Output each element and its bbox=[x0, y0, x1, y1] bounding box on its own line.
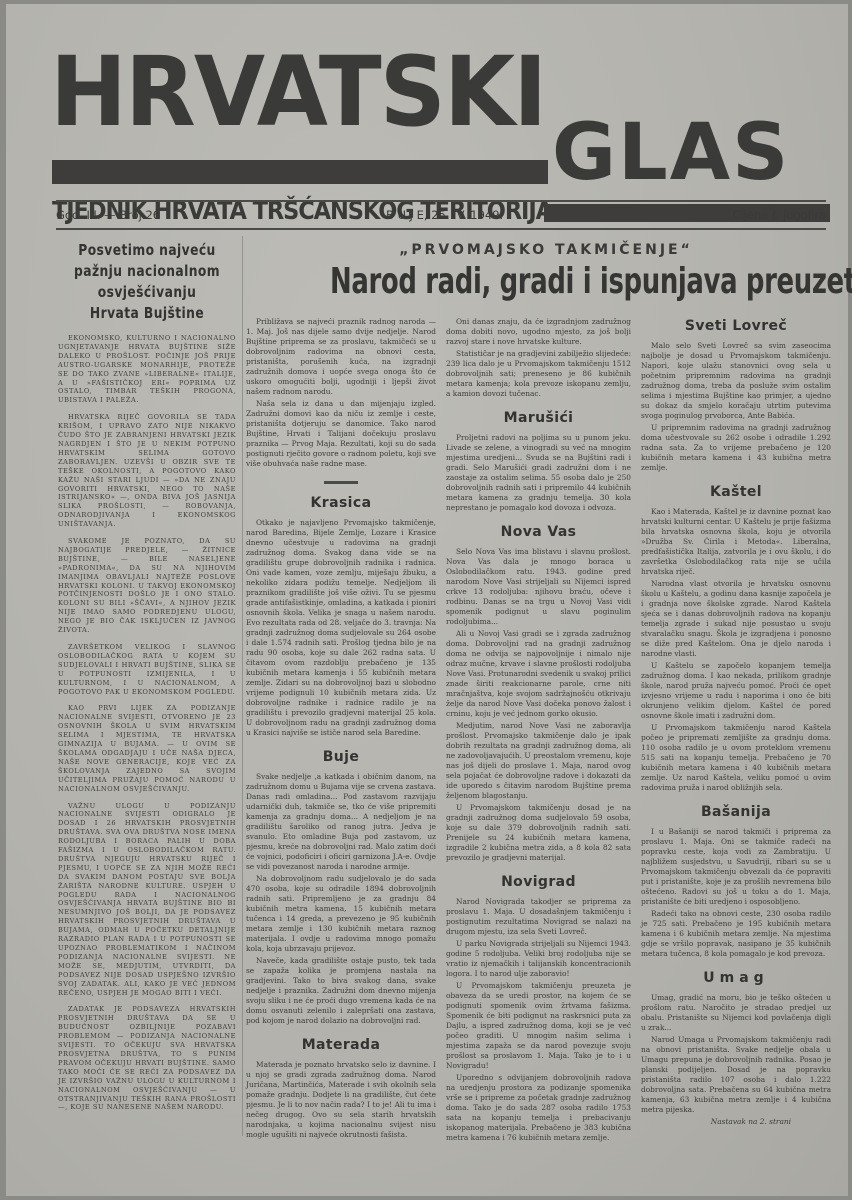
article-paragraph: Zadatak je Podsaveza hrvatskih prosvjetn… bbox=[58, 1005, 236, 1112]
article-paragraph: Približava se najveći praznik radnog nar… bbox=[246, 317, 436, 397]
article-paragraph: Ekonomsko, kulturno i nacionalno ugnjeta… bbox=[58, 334, 236, 405]
left-article-body: Ekonomsko, kulturno i nacionalno ugnjeta… bbox=[58, 334, 236, 1112]
article-paragraph: U Kaštelu se započelo kopanjem temelja z… bbox=[641, 661, 831, 721]
issue-price: Cijena 6 jugolira bbox=[733, 208, 826, 222]
section-divider bbox=[324, 481, 358, 484]
section-heading: Sveti Lovreč bbox=[641, 317, 831, 335]
masthead-bar bbox=[52, 160, 548, 184]
article-paragraph: Naveče, kada gradilište ostaje pusto, te… bbox=[246, 956, 436, 1026]
article-paragraph: Završetkom velikog i slavnog oslobodilač… bbox=[58, 643, 236, 696]
article-paragraph: Kao prvi lijek za podizanje nacionalne s… bbox=[58, 704, 236, 793]
article-paragraph: Medjutim, narod Nove Vasi ne zaboravlja … bbox=[446, 721, 631, 801]
article-paragraph: Otkako je najavljeno Prvomajsko takmičen… bbox=[246, 518, 436, 738]
article-paragraph: Narod Novigrada takodjer se priprema za … bbox=[446, 897, 631, 937]
article-paragraph: Na dobrovoljnom radu sudjelovalo je do s… bbox=[246, 874, 436, 954]
main-article-column-2: Oni danas znaju, da će izgradnjom zadruž… bbox=[446, 317, 631, 1145]
issue-volume: God. III. — Broj 26 bbox=[56, 208, 160, 222]
article-paragraph: U Prvomajskom takmičenju dosad je na gra… bbox=[446, 803, 631, 863]
section-heading: Buje bbox=[246, 748, 436, 766]
main-article-headline: Narod radi, gradi i ispunjava preuzete o… bbox=[330, 260, 762, 304]
section-heading: Umag bbox=[641, 969, 831, 987]
section-heading: Bašanija bbox=[641, 803, 831, 821]
article-paragraph: Narod Umaga u Prvomajskom takmičenju rad… bbox=[641, 1035, 831, 1115]
article-paragraph: Oni danas znaju, da će izgradnjom zadruž… bbox=[446, 317, 631, 347]
section-heading: Materada bbox=[246, 1036, 436, 1054]
article-paragraph: U pripremnim radovima na gradnji zadružn… bbox=[641, 423, 831, 473]
continued-note: Nastavak na 2. strani bbox=[641, 1117, 831, 1127]
article-paragraph: Svakome je poznato, da su najbogatije pr… bbox=[58, 537, 236, 635]
article-paragraph: Hrvatska riječ govorila se tada krišom, … bbox=[58, 413, 236, 529]
article-paragraph: Ali u Novoj Vasi gradi se i zgrada zadru… bbox=[446, 629, 631, 719]
divider-rule bbox=[56, 200, 826, 202]
article-paragraph: Selo Nova Vas ima blistavu i slavnu proš… bbox=[446, 547, 631, 627]
section-heading: Kaštel bbox=[641, 483, 831, 501]
section-heading: Novigrad bbox=[446, 873, 631, 891]
issue-place-date: B U J E, 25. IV. 1949. bbox=[386, 208, 503, 222]
section-heading: Krasica bbox=[246, 494, 436, 512]
article-paragraph: U parku Novigrada strijeljali su Nijemci… bbox=[446, 939, 631, 979]
article-paragraph: U Prvomajskom takmičenju preuzeta je oba… bbox=[446, 981, 631, 1071]
main-article-column-1: Približava se najveći praznik radnog nar… bbox=[246, 317, 436, 1142]
left-article: Posvetimo najveću pažnju nacionalnom osv… bbox=[58, 240, 236, 1120]
article-paragraph: Proljetni radovi na poljima su u punom j… bbox=[446, 433, 631, 513]
section-heading: Nova Vas bbox=[446, 523, 631, 541]
section-heading: Marušići bbox=[446, 409, 631, 427]
article-paragraph: Svake nedjelje ,a katkada i običnim dano… bbox=[246, 772, 436, 872]
divider-rule bbox=[56, 228, 826, 230]
newspaper-page: HRVATSKI GLAS TJEDNIK HRVATA TRŠĆANSKOG … bbox=[6, 4, 848, 1196]
main-article-kicker: „PRVOMAJSKO TAKMIČENJE“ bbox=[246, 242, 846, 258]
article-paragraph: Važnu ulogu u podizanju nacionalne svije… bbox=[58, 802, 236, 998]
main-article-column-3: Sveti LovrečMalo selo Sveti Lovreč sa sv… bbox=[641, 317, 831, 1127]
article-paragraph: Malo selo Sveti Lovreč sa svim zaseocima… bbox=[641, 341, 831, 421]
article-paragraph: Uporedno s odvijanjem dobrovoljnih radov… bbox=[446, 1073, 631, 1143]
article-paragraph: Radeći tako na obnovi ceste, 230 osoba r… bbox=[641, 909, 831, 959]
article-paragraph: Materada je poznato hrvatsko selo iz dav… bbox=[246, 1060, 436, 1140]
article-paragraph: Umag, gradić na moru, bio je teško ošteć… bbox=[641, 993, 831, 1033]
article-paragraph: Kao i Materada, Kaštel je iz davnine poz… bbox=[641, 507, 831, 577]
article-paragraph: Narodna vlast otvorila je hrvatsku osnov… bbox=[641, 579, 831, 659]
article-paragraph: U Prvomajskom takmičenju narod Kaštela p… bbox=[641, 723, 831, 793]
article-paragraph: Statističar je na gradjevini zabilježio … bbox=[446, 349, 631, 399]
left-article-title: Posvetimo najveću pažnju nacionalnom osv… bbox=[74, 240, 220, 324]
masthead-title-glas: GLAS bbox=[552, 114, 790, 192]
masthead: HRVATSKI GLAS TJEDNIK HRVATA TRŠĆANSKOG … bbox=[50, 40, 830, 190]
article-paragraph: Naša sela iz dana u dan mijenjaju izgled… bbox=[246, 399, 436, 469]
article-paragraph: I u Bašaniji se narod takmiči i priprema… bbox=[641, 827, 831, 907]
masthead-title-hrvatski: HRVATSKI bbox=[50, 44, 545, 141]
column-rule bbox=[242, 236, 243, 1136]
issue-info-line: God. III. — Broj 26 B U J E, 25. IV. 194… bbox=[56, 208, 826, 224]
